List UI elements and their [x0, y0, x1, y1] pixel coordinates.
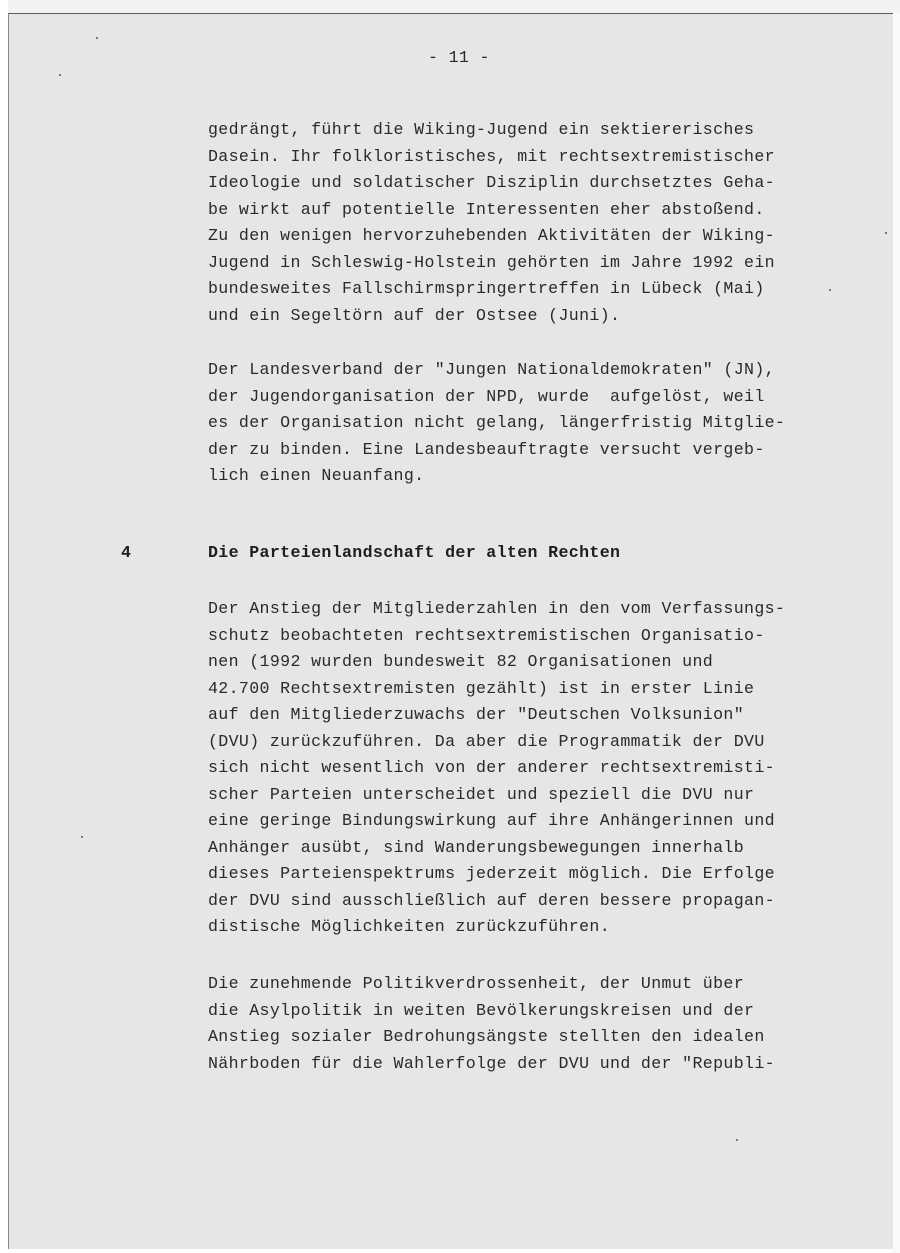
text-line: Der Anstieg der Mitgliederzahlen in den …: [208, 596, 785, 623]
text-line: 42.700 Rechtsextremisten gezählt) ist in…: [208, 676, 785, 703]
text-line: der DVU sind ausschließlich auf deren be…: [208, 888, 785, 915]
text-line: es der Organisation nicht gelang, länger…: [208, 410, 785, 437]
scan-speck: [59, 74, 61, 76]
section-heading: Die Parteienlandschaft der alten Rechten: [208, 543, 620, 562]
text-line: Nährboden für die Wahlerfolge der DVU un…: [208, 1051, 775, 1078]
paragraph-jn: Der Landesverband der "Jungen Nationalde…: [208, 357, 785, 490]
scan-speck: [736, 1139, 738, 1141]
text-line: lich einen Neuanfang.: [208, 463, 785, 490]
text-line: dieses Parteienspektrums jederzeit mögli…: [208, 861, 785, 888]
text-line: Anstieg sozialer Bedrohungsängste stellt…: [208, 1024, 775, 1051]
paragraph-dvu-mitglieder: Der Anstieg der Mitgliederzahlen in den …: [208, 596, 785, 941]
text-line: nen (1992 wurden bundesweit 82 Organisat…: [208, 649, 785, 676]
scan-speck: [829, 289, 831, 291]
page-number: - 11 -: [428, 48, 490, 67]
text-line: be wirkt auf potentielle Interessenten e…: [208, 197, 775, 224]
text-line: die Asylpolitik in weiten Bevölkerungskr…: [208, 998, 775, 1025]
scan-right-margin: [892, 13, 900, 1253]
text-line: und ein Segeltörn auf der Ostsee (Juni).: [208, 303, 775, 330]
scan-speck: [81, 836, 83, 838]
paragraph-wiking-jugend: gedrängt, führt die Wiking-Jugend ein se…: [208, 117, 775, 329]
text-line: Zu den wenigen hervorzuhebenden Aktivitä…: [208, 223, 775, 250]
text-line: sich nicht wesentlich von der anderer re…: [208, 755, 785, 782]
text-line: der Jugendorganisation der NPD, wurde au…: [208, 384, 785, 411]
scan-top-margin: [8, 0, 900, 13]
text-line: bundesweites Fallschirmspringertreffen i…: [208, 276, 775, 303]
text-line: Der Landesverband der "Jungen Nationalde…: [208, 357, 785, 384]
paragraph-politikverdrossenheit: Die zunehmende Politikverdrossenheit, de…: [208, 971, 775, 1077]
text-line: Anhänger ausübt, sind Wanderungsbewegung…: [208, 835, 785, 862]
section-number: 4: [121, 543, 131, 562]
text-line: schutz beobachteten rechtsextremistische…: [208, 623, 785, 650]
text-line: der zu binden. Eine Landesbeauftragte ve…: [208, 437, 785, 464]
text-line: Ideologie und soldatischer Disziplin dur…: [208, 170, 775, 197]
text-line: distische Möglichkeiten zurückzuführen.: [208, 914, 785, 941]
text-line: Die zunehmende Politikverdrossenheit, de…: [208, 971, 775, 998]
text-line: gedrängt, führt die Wiking-Jugend ein se…: [208, 117, 775, 144]
text-line: (DVU) zurückzuführen. Da aber die Progra…: [208, 729, 785, 756]
text-line: Jugend in Schleswig-Holstein gehörten im…: [208, 250, 775, 277]
scan-speck: [96, 37, 98, 39]
text-line: scher Parteien unterscheidet und speziel…: [208, 782, 785, 809]
text-line: auf den Mitgliederzuwachs der "Deutschen…: [208, 702, 785, 729]
text-line: Dasein. Ihr folkloristisches, mit rechts…: [208, 144, 775, 171]
scan-speck: [885, 232, 887, 234]
text-line: eine geringe Bindungswirkung auf ihre An…: [208, 808, 785, 835]
